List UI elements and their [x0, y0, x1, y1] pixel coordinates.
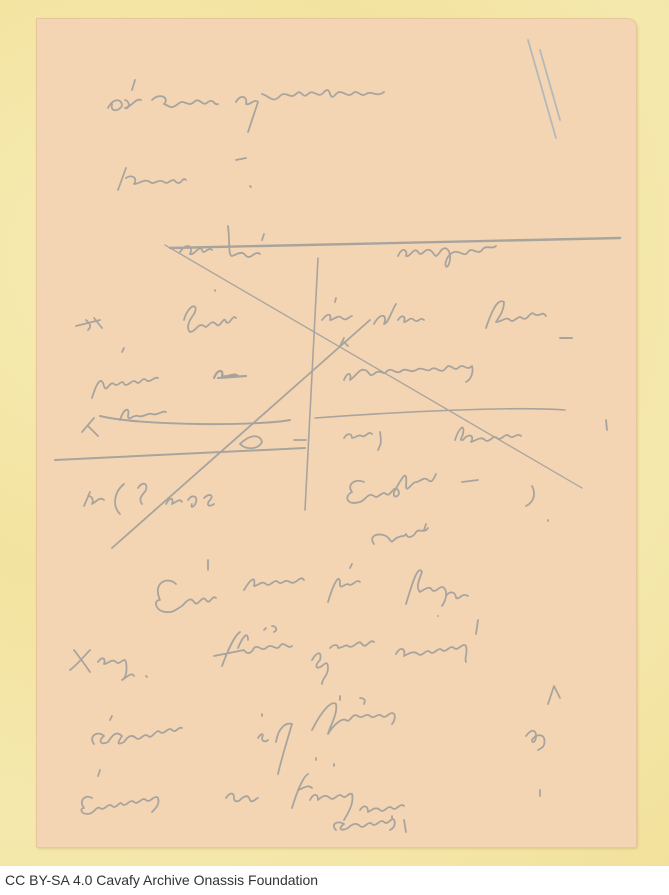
pencil-handwriting: ἐάν ταῦτ' αἰχμαλώτευμα — [0, 0, 669, 866]
license-caption: CC BY-SA 4.0 Cavafy Archive Onassis Foun… — [5, 872, 318, 888]
manuscript-line: ἐάν ταῦτ' αἰχμαλώτευμα — [100, 86, 267, 104]
